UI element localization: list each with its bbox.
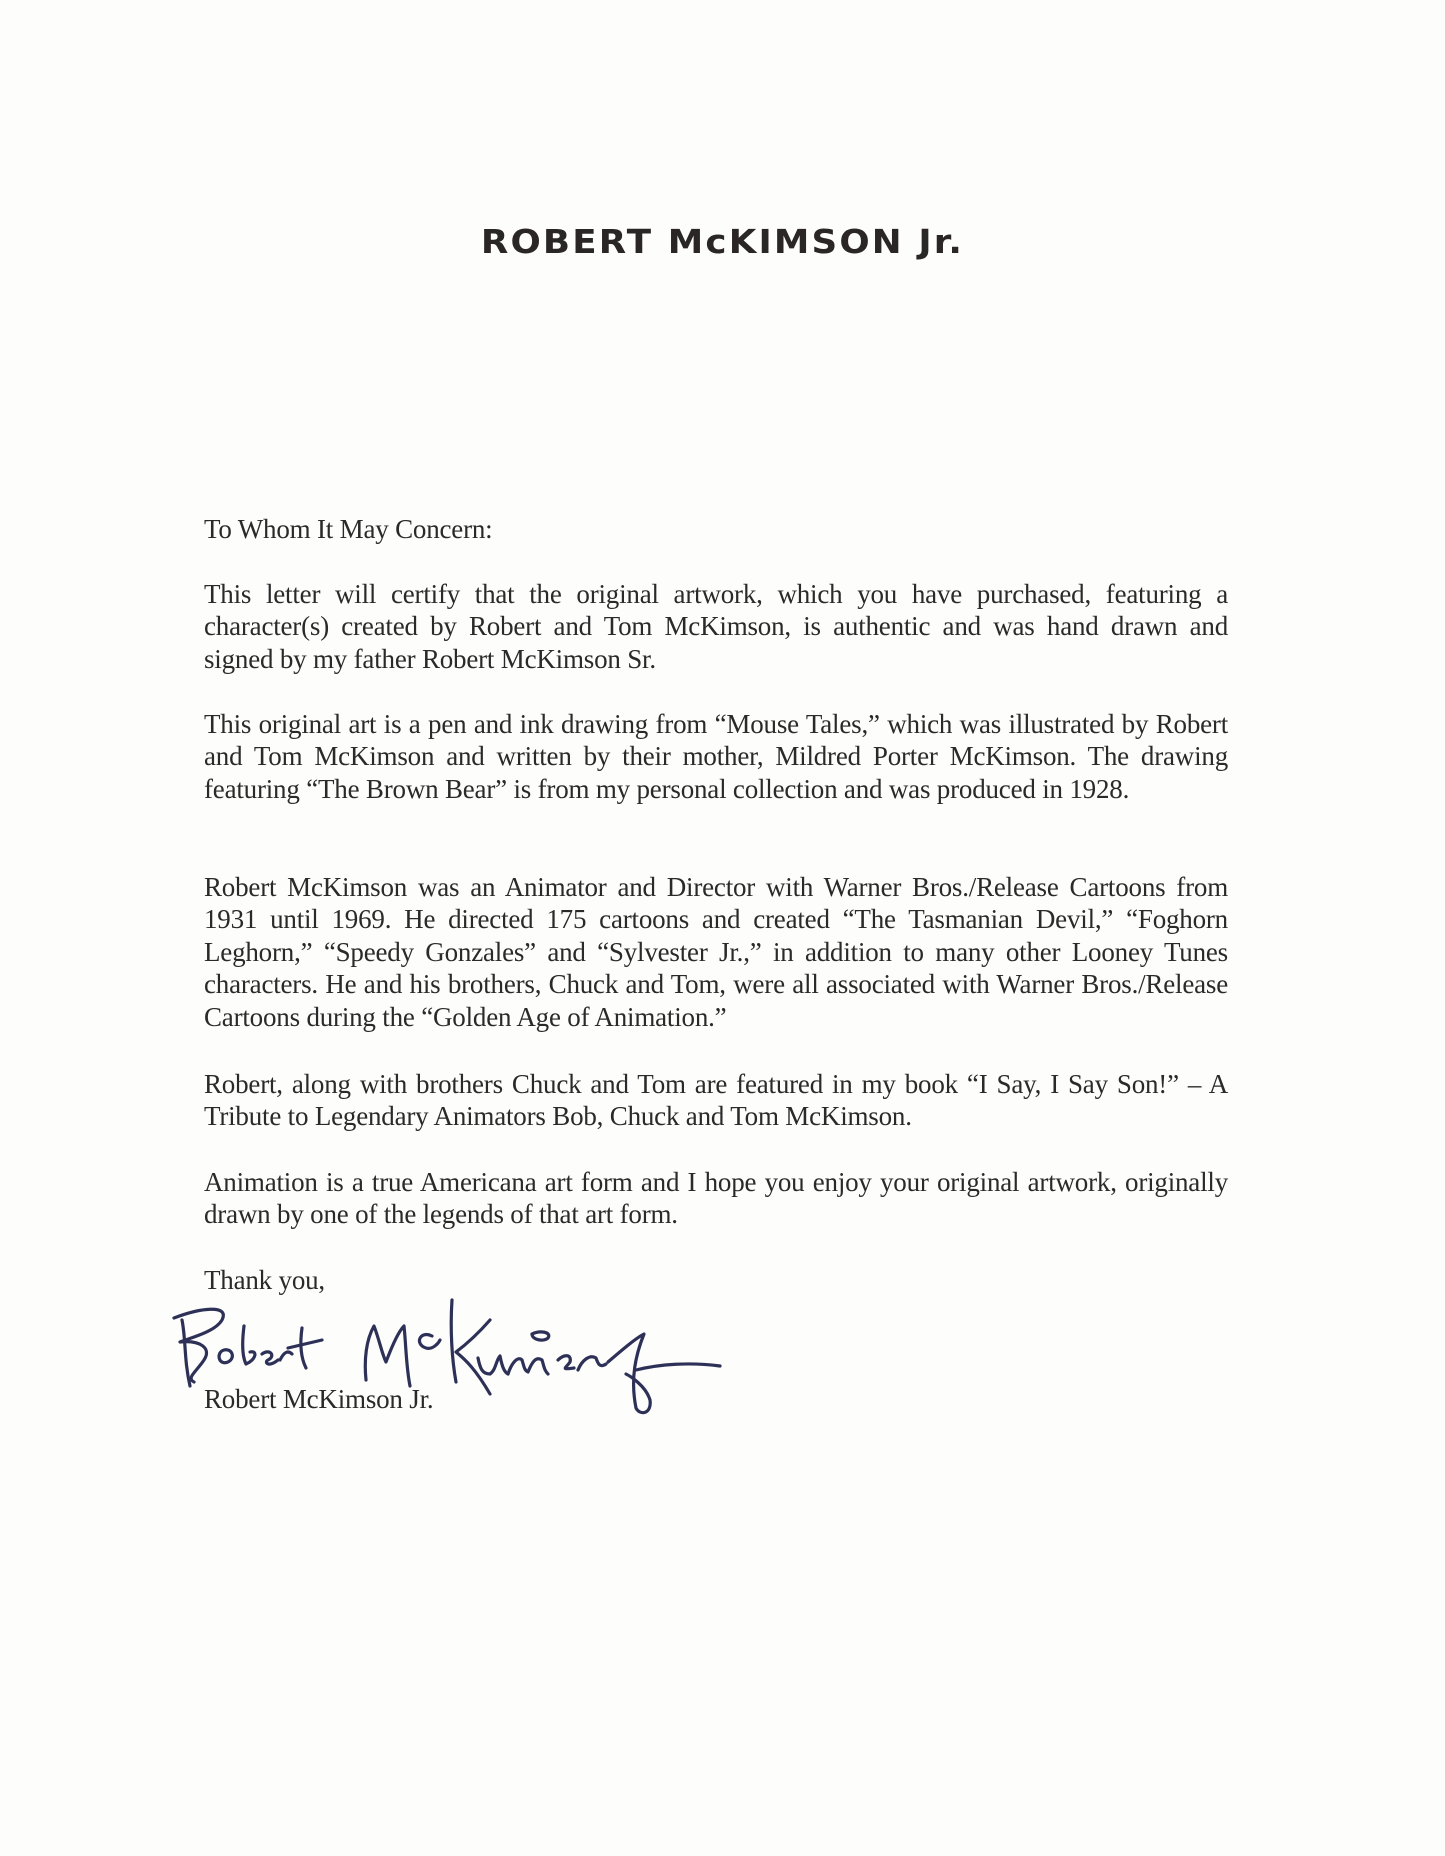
paragraph-artwork-origin: This original art is a pen and ink drawi… (204, 708, 1228, 805)
paragraph-text: Robert McKimson was an Animator and Dire… (204, 871, 1228, 1033)
greeting-text: To Whom It May Concern: (204, 513, 1228, 545)
letterhead-title: ROBERT McKIMSON Jr. (0, 222, 1445, 261)
paragraph-text: This original art is a pen and ink drawi… (204, 708, 1228, 805)
paragraph-biography: Robert McKimson was an Animator and Dire… (204, 871, 1228, 1033)
paragraph-book: Robert, along with brothers Chuck and To… (204, 1068, 1228, 1133)
paragraph-text: Robert, along with brothers Chuck and To… (204, 1068, 1228, 1133)
signatory-name: Robert McKimson Jr. (204, 1383, 1228, 1415)
salutation: To Whom It May Concern: (204, 513, 1228, 545)
printed-name: Robert McKimson Jr. (204, 1383, 1228, 1415)
paragraph-closing-remarks: Animation is a true Americana art form a… (204, 1166, 1228, 1231)
paragraph-authenticity: This letter will certify that the origin… (204, 578, 1228, 675)
paragraph-text: Animation is a true Americana art form a… (204, 1166, 1228, 1231)
paragraph-text: This letter will certify that the origin… (204, 578, 1228, 675)
